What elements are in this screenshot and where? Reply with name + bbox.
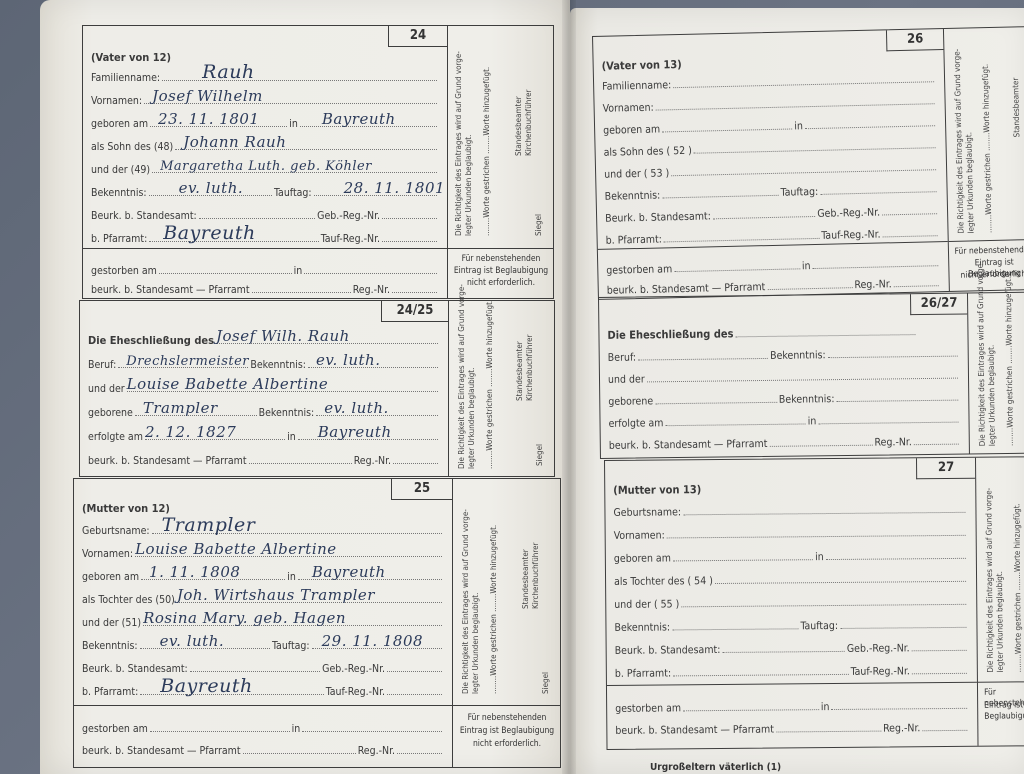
label: gestorben am xyxy=(606,263,672,276)
gestorben-field[interactable] xyxy=(150,719,290,732)
label: Tauftag: xyxy=(272,640,310,652)
label: b. Pfarramt: xyxy=(82,686,138,698)
label: Beurk. b. Standesamt: xyxy=(605,210,711,224)
ehe-des-field[interactable] xyxy=(735,322,915,337)
label: beurk. b. Standesamt — Pfarramt xyxy=(91,284,250,296)
standesamt-field[interactable] xyxy=(190,659,320,672)
familienname-field[interactable] xyxy=(673,69,934,88)
label: gestorben am xyxy=(91,265,157,277)
handwriting: ev. luth. xyxy=(316,351,381,369)
bekenntnis-field[interactable]: ev. luth. xyxy=(140,636,270,649)
label: beurk. b. Standesamt — Pfarramt xyxy=(615,724,774,737)
label: erfolgte am xyxy=(88,431,143,443)
left-father-block: 24 (Vater von 12) Familienname:Rauh Vorn… xyxy=(82,25,554,299)
tochter-des-field[interactable]: Joh. Wirtshaus Trampler xyxy=(177,590,442,603)
words-text: ........Worte gestrichen ........Worte h… xyxy=(485,309,495,469)
label: geborene xyxy=(608,395,653,408)
beurk-field[interactable] xyxy=(252,280,351,293)
label: Geburtsname: xyxy=(613,506,681,519)
note-text: Eintrag ist Beglaubigung xyxy=(453,726,561,737)
left-mother-block: 25 (Mutter von 12) Geburtsname:Trampler … xyxy=(73,478,561,768)
label: gestorben am xyxy=(615,702,681,715)
label: Reg.-Nr. xyxy=(854,278,892,291)
geb-reg-nr-field[interactable] xyxy=(387,659,442,672)
label: Bekenntnis: xyxy=(82,640,138,652)
handwriting: Bayreuth xyxy=(160,675,252,697)
right-father-block: 26 (Vater von 13) Familienname: Vornamen… xyxy=(592,26,1024,300)
erfolgte-in-field[interactable] xyxy=(818,410,958,425)
certify-text: Die Richtigkeit des Eintrages wird auf G… xyxy=(457,309,467,469)
divider xyxy=(949,239,1024,242)
vornamen-field[interactable] xyxy=(656,91,935,110)
label: Tauftag: xyxy=(274,187,312,199)
note-text: nicht erforderlich. xyxy=(453,739,561,750)
geboren-in-field[interactable] xyxy=(805,113,935,129)
handwriting: Rosina Mary. geb. Hagen xyxy=(143,609,346,627)
und-der-field[interactable]: Louise Babette Albertine xyxy=(127,379,438,392)
label: beurk. b. Standesamt — Pfarramt xyxy=(88,455,247,467)
handwriting: 28. 11. 1801 xyxy=(344,179,445,197)
seal-label: Siegel xyxy=(535,436,545,466)
label: geboren am xyxy=(91,118,148,130)
label: Reg.-Nr. xyxy=(353,284,390,296)
certify-text: Die Richtigkeit des Eintrages wird auf G… xyxy=(454,36,464,236)
words-text: ........Worte gestrichen ........Worte h… xyxy=(1004,301,1016,446)
section-heading: (Mutter von 13) xyxy=(613,483,701,497)
words-text: ........Worte gestrichen ........Worte h… xyxy=(489,489,499,694)
handwriting: Trampler xyxy=(162,514,256,536)
handwriting: Bayreuth xyxy=(312,563,386,581)
und-der-field[interactable]: Rosina Mary. geb. Hagen xyxy=(143,613,442,626)
label: Familienname: xyxy=(91,72,160,84)
label: in xyxy=(294,265,303,277)
tauf-reg-nr-field[interactable] xyxy=(382,229,437,242)
label: Bekenntnis: xyxy=(614,621,670,633)
entry-number: 26/27 xyxy=(910,293,967,315)
certification-column: Die Richtigkeit des Eintrages wird auf G… xyxy=(975,457,1024,746)
handwriting: Josef Wilhelm xyxy=(152,87,263,105)
handwriting: Drechslermeister xyxy=(126,354,249,369)
label: Reg.-Nr. xyxy=(883,722,920,734)
words-text: ........Worte gestrichen ........Worte h… xyxy=(1012,467,1024,672)
sohn-des-field[interactable]: Johann Rauh xyxy=(175,137,437,150)
pfarramt-field[interactable] xyxy=(673,662,849,677)
tauf-reg-nr-field[interactable] xyxy=(882,223,937,237)
entry-number: 24 xyxy=(388,26,447,47)
certify-text: legter Urkunden beglaubigt. xyxy=(464,36,474,236)
tauf-reg-nr-field[interactable] xyxy=(912,661,967,674)
beruf-field[interactable]: Drechslermeister xyxy=(118,355,248,368)
label: Bekenntnis: xyxy=(91,187,147,199)
erfolgte-in-field[interactable]: Bayreuth xyxy=(298,427,438,440)
divider xyxy=(453,705,561,706)
label: Tauf-Reg.-Nr. xyxy=(326,686,385,698)
note-text: Eintrag ist Beglaubigung xyxy=(984,700,1024,722)
certify-text: legter Urkunden beglaubigt. xyxy=(986,301,998,446)
label: Vornamen: xyxy=(91,95,142,107)
label: geboren am xyxy=(603,123,660,136)
label: Reg.-Nr. xyxy=(358,745,395,757)
label: Tauftag: xyxy=(780,186,818,199)
certify-text: legter Urkunden beglaubigt. xyxy=(467,309,477,469)
label: in xyxy=(802,260,811,272)
label: beurk. b. Standesamt — Pfarramt xyxy=(82,745,241,757)
handwriting: 2. 12. 1827 xyxy=(145,423,236,441)
geborene-field[interactable]: Trampler xyxy=(135,403,257,416)
und-der-field[interactable] xyxy=(647,366,958,383)
beurk-field[interactable] xyxy=(767,275,852,290)
label: Geb.-Reg.-Nr. xyxy=(847,642,910,655)
note-text: Eintrag ist Beglaubigung xyxy=(448,266,554,277)
und-der-field[interactable] xyxy=(671,157,936,176)
label: Geb.-Reg.-Nr. xyxy=(317,210,380,222)
words-text: ........Worte gestrichen ........Worte h… xyxy=(980,38,994,233)
label: in xyxy=(287,431,296,443)
official-label: Standesbeamter xyxy=(514,66,524,156)
vornamen-field[interactable]: Josef Wilhelm xyxy=(144,91,437,104)
official-label: Standesbeamter xyxy=(515,321,525,401)
geburtsname-field[interactable]: Trampler xyxy=(152,521,442,534)
bekenntnis-field[interactable]: ev. luth. xyxy=(316,403,438,416)
label: Tauf-Reg.-Nr. xyxy=(851,665,910,678)
geb-reg-nr-field[interactable] xyxy=(382,206,437,219)
label: Familienname: xyxy=(602,79,671,93)
label: b. Pfarramt: xyxy=(91,233,147,245)
geboren-am-field[interactable] xyxy=(673,547,813,561)
pfarramt-field[interactable]: Bayreuth xyxy=(149,229,318,242)
geb-reg-nr-field[interactable] xyxy=(882,201,937,215)
reg-nr-field[interactable] xyxy=(393,451,438,464)
handwriting: Louise Babette Albertine xyxy=(127,375,329,393)
handwriting: ev. luth. xyxy=(324,399,389,417)
handwriting: Bayreuth xyxy=(163,222,255,244)
und-der-field[interactable]: Margaretha Luth. geb. Köhler xyxy=(152,160,437,173)
beurk-field[interactable] xyxy=(769,433,872,447)
label: Beurk. b. Standesamt: xyxy=(91,210,197,222)
certification-column: Die Richtigkeit des Eintrages wird auf G… xyxy=(943,27,1024,291)
tauf-reg-nr-field[interactable] xyxy=(387,682,442,695)
official-label: Kirchenbuchführer xyxy=(531,519,541,609)
handwriting: Trampler xyxy=(143,399,218,417)
vornamen-field[interactable]: Louise Babette Albertine xyxy=(135,544,442,557)
certification-column: Die Richtigkeit des Eintrages wird auf G… xyxy=(452,479,561,767)
gestorben-field[interactable] xyxy=(159,261,292,274)
geboren-in-field[interactable]: Bayreuth xyxy=(298,567,442,580)
label: Geburtsname: xyxy=(82,525,150,537)
bekenntnis-field[interactable]: ev. luth. xyxy=(308,355,438,368)
beurk-field[interactable] xyxy=(776,719,881,733)
label: Vornamen: xyxy=(614,529,665,541)
handwriting: ev. luth. xyxy=(160,632,225,650)
reg-nr-field[interactable] xyxy=(922,718,967,731)
entry-number: 24/25 xyxy=(381,301,448,322)
handwriting: Bayreuth xyxy=(318,423,392,441)
label: in xyxy=(808,415,817,427)
tauftag-field[interactable]: 28. 11. 1801 xyxy=(314,183,437,196)
familienname-field[interactable]: Rauh xyxy=(162,68,437,81)
note-text: Für nebenstehenden xyxy=(448,254,554,265)
pfarramt-field[interactable] xyxy=(664,226,820,243)
label: geboren am xyxy=(614,552,671,564)
label: Bekenntnis: xyxy=(605,189,661,202)
label: in xyxy=(815,551,824,563)
label: Bekenntnis: xyxy=(259,407,315,419)
bekenntnis-field[interactable] xyxy=(828,344,958,359)
geburtsname-field[interactable] xyxy=(683,500,965,515)
divider xyxy=(83,248,447,249)
label: als Tochter des ( 54 ) xyxy=(614,575,713,588)
label: Beruf: xyxy=(88,359,116,371)
label: in xyxy=(289,118,298,130)
label: Bekenntnis: xyxy=(779,393,835,406)
beruf-field[interactable] xyxy=(638,346,768,361)
gestorben-field[interactable] xyxy=(683,697,819,711)
label: erfolgte am xyxy=(608,417,663,430)
right-marriage-block: 26/27 Die Eheschließung des Beruf:Bekenn… xyxy=(598,292,1024,459)
label: Beurk. b. Standesamt: xyxy=(615,644,721,657)
gestorben-in-field[interactable] xyxy=(304,261,437,274)
handwriting: 29. 11. 1808 xyxy=(322,632,423,650)
official-label: Standesbeamter xyxy=(521,519,531,609)
label: gestorben am xyxy=(82,723,148,735)
reg-nr-field[interactable] xyxy=(914,432,959,446)
label: Tauf-Reg.-Nr. xyxy=(821,229,881,242)
label: Tauftag: xyxy=(800,620,838,632)
words-text: ........Worte gestrichen ........Worte h… xyxy=(482,36,492,236)
official-label: Kirchenbuchführer xyxy=(525,321,535,401)
handwriting: Louise Babette Albertine xyxy=(135,540,337,558)
divider xyxy=(978,681,1024,683)
handwriting: 23. 11. 1801 xyxy=(158,110,259,128)
certification-column: Die Richtigkeit des Eintrages wird auf G… xyxy=(967,293,1024,454)
tauftag-field[interactable] xyxy=(820,179,937,195)
official-label: Kirchenbuchführer xyxy=(524,66,534,156)
gestorben-in-field[interactable] xyxy=(302,719,442,732)
label: als Tochter des (50) xyxy=(82,594,175,606)
beurk-field[interactable] xyxy=(243,741,356,754)
ehe-des-field[interactable]: Josef Wilh. Rauh xyxy=(216,331,438,344)
pfarramt-field[interactable]: Bayreuth xyxy=(140,682,323,695)
label: Bekenntnis: xyxy=(770,349,826,362)
tauftag-field[interactable] xyxy=(840,615,966,629)
label: und der xyxy=(88,383,125,395)
label: Die Eheschließung des xyxy=(88,334,214,347)
label: und der xyxy=(608,373,645,385)
reg-nr-field[interactable] xyxy=(397,741,442,754)
label: Reg.-Nr. xyxy=(354,455,391,467)
divider xyxy=(74,705,452,706)
label: Tauf-Reg.-Nr. xyxy=(321,233,380,245)
geborene-field[interactable] xyxy=(655,390,777,404)
geboren-in-field[interactable]: Bayreuth xyxy=(300,114,437,127)
geboren-in-field[interactable] xyxy=(826,546,966,560)
tochter-des-field[interactable] xyxy=(715,569,966,584)
label: als Sohn des ( 52 ) xyxy=(604,145,692,159)
section-heading: (Vater von 12) xyxy=(91,51,171,64)
standesamt-field[interactable] xyxy=(199,206,315,219)
left-marriage-block: 24/25 Die Eheschließung desJosef Wilh. R… xyxy=(79,300,555,477)
geb-reg-nr-field[interactable] xyxy=(912,638,967,651)
label: geborene xyxy=(88,407,133,419)
label: in xyxy=(821,701,830,713)
reg-nr-field[interactable] xyxy=(893,273,938,287)
label: Bekenntnis: xyxy=(250,359,306,371)
gestorben-in-field[interactable] xyxy=(812,253,938,269)
handwriting: Josef Wilh. Rauh xyxy=(216,327,350,345)
label: in xyxy=(287,571,296,583)
certification-column: Die Richtigkeit des Eintrages wird auf G… xyxy=(447,26,554,298)
note-text: Für nebenstehenden xyxy=(453,713,561,724)
label: Geb.-Reg.-Nr. xyxy=(817,207,880,220)
label: in xyxy=(794,120,803,132)
erfolgte-am-field[interactable]: 2. 12. 1827 xyxy=(145,427,285,440)
label: Beurk. b. Standesamt: xyxy=(82,663,188,675)
handwriting: Margaretha Luth. geb. Köhler xyxy=(160,159,372,174)
gestorben-field[interactable] xyxy=(674,256,800,272)
label: und der (49) xyxy=(91,164,150,176)
geboren-am-field[interactable] xyxy=(662,116,792,132)
certify-text: Die Richtigkeit des Eintrages wird auf G… xyxy=(461,489,471,694)
right-mother-block: 27 (Mutter von 13) Geburtsname: Vornamen… xyxy=(604,456,1024,750)
label: und der (51) xyxy=(82,617,141,629)
certify-text: legter Urkunden beglaubigt. xyxy=(994,468,1006,673)
label: Die Eheschließung des xyxy=(607,327,733,342)
geboren-am-field[interactable]: 23. 11. 1801 xyxy=(150,114,287,127)
standesamt-field[interactable] xyxy=(713,204,816,219)
und-der-field[interactable] xyxy=(681,592,966,607)
note-text: Für nebenstehenden xyxy=(949,245,1024,258)
label: b. Pfarramt: xyxy=(615,667,671,679)
seal-label: Siegel xyxy=(541,664,551,694)
handwriting: ev. luth. xyxy=(179,179,244,197)
label: in xyxy=(292,723,301,735)
sohn-des-field[interactable] xyxy=(694,135,936,153)
bekenntnis-field[interactable] xyxy=(672,616,798,630)
vornamen-field[interactable] xyxy=(667,523,966,539)
handwriting: Joh. Wirtshaus Trampler xyxy=(177,586,375,604)
section-heading: (Mutter von 12) xyxy=(82,502,170,515)
section-heading: (Vater von 13) xyxy=(602,58,682,73)
handwriting: 1. 11. 1808 xyxy=(149,563,240,581)
bekenntnis-field[interactable]: ev. luth. xyxy=(149,183,272,196)
handwriting: Rauh xyxy=(202,61,255,83)
label: und der ( 55 ) xyxy=(614,598,679,611)
divider xyxy=(448,248,554,249)
certification-column: Die Richtigkeit des Eintrages wird auf G… xyxy=(448,301,555,476)
beurk-field[interactable] xyxy=(249,451,352,464)
label: beurk. b. Standesamt — Pfarramt xyxy=(609,438,768,452)
label: und der ( 53 ) xyxy=(604,167,669,180)
book-gutter xyxy=(562,0,576,774)
seal-label: Siegel xyxy=(534,206,544,236)
gestorben-in-field[interactable] xyxy=(831,696,967,710)
reg-nr-field[interactable] xyxy=(392,280,437,293)
label: Geb.-Reg.-Nr. xyxy=(322,663,385,675)
label: geboren am xyxy=(82,571,139,583)
label: als Sohn des (48) xyxy=(91,141,173,153)
standesamt-field[interactable] xyxy=(722,639,845,653)
label: Vornamen: xyxy=(603,102,654,115)
tauftag-field[interactable]: 29. 11. 1808 xyxy=(312,636,442,649)
label: Reg.-Nr. xyxy=(874,436,911,448)
handwriting: Bayreuth xyxy=(322,110,396,128)
bekenntnis-field[interactable] xyxy=(662,183,779,199)
label: Beruf: xyxy=(608,352,636,364)
handwriting: Johann Rauh xyxy=(183,133,286,151)
erfolgte-am-field[interactable] xyxy=(665,411,805,426)
label: Vornamen: xyxy=(82,548,133,560)
official-label: Standesbeamter xyxy=(1011,57,1023,137)
divider xyxy=(607,682,977,686)
geboren-am-field[interactable]: 1. 11. 1808 xyxy=(141,567,285,580)
certify-text: legter Urkunden beglaubigt. xyxy=(471,489,481,694)
bekenntnis-field[interactable] xyxy=(836,388,958,402)
label: b. Pfarramt: xyxy=(606,233,663,246)
page-footer: Urgroßeltern väterlich (1) xyxy=(650,762,781,773)
